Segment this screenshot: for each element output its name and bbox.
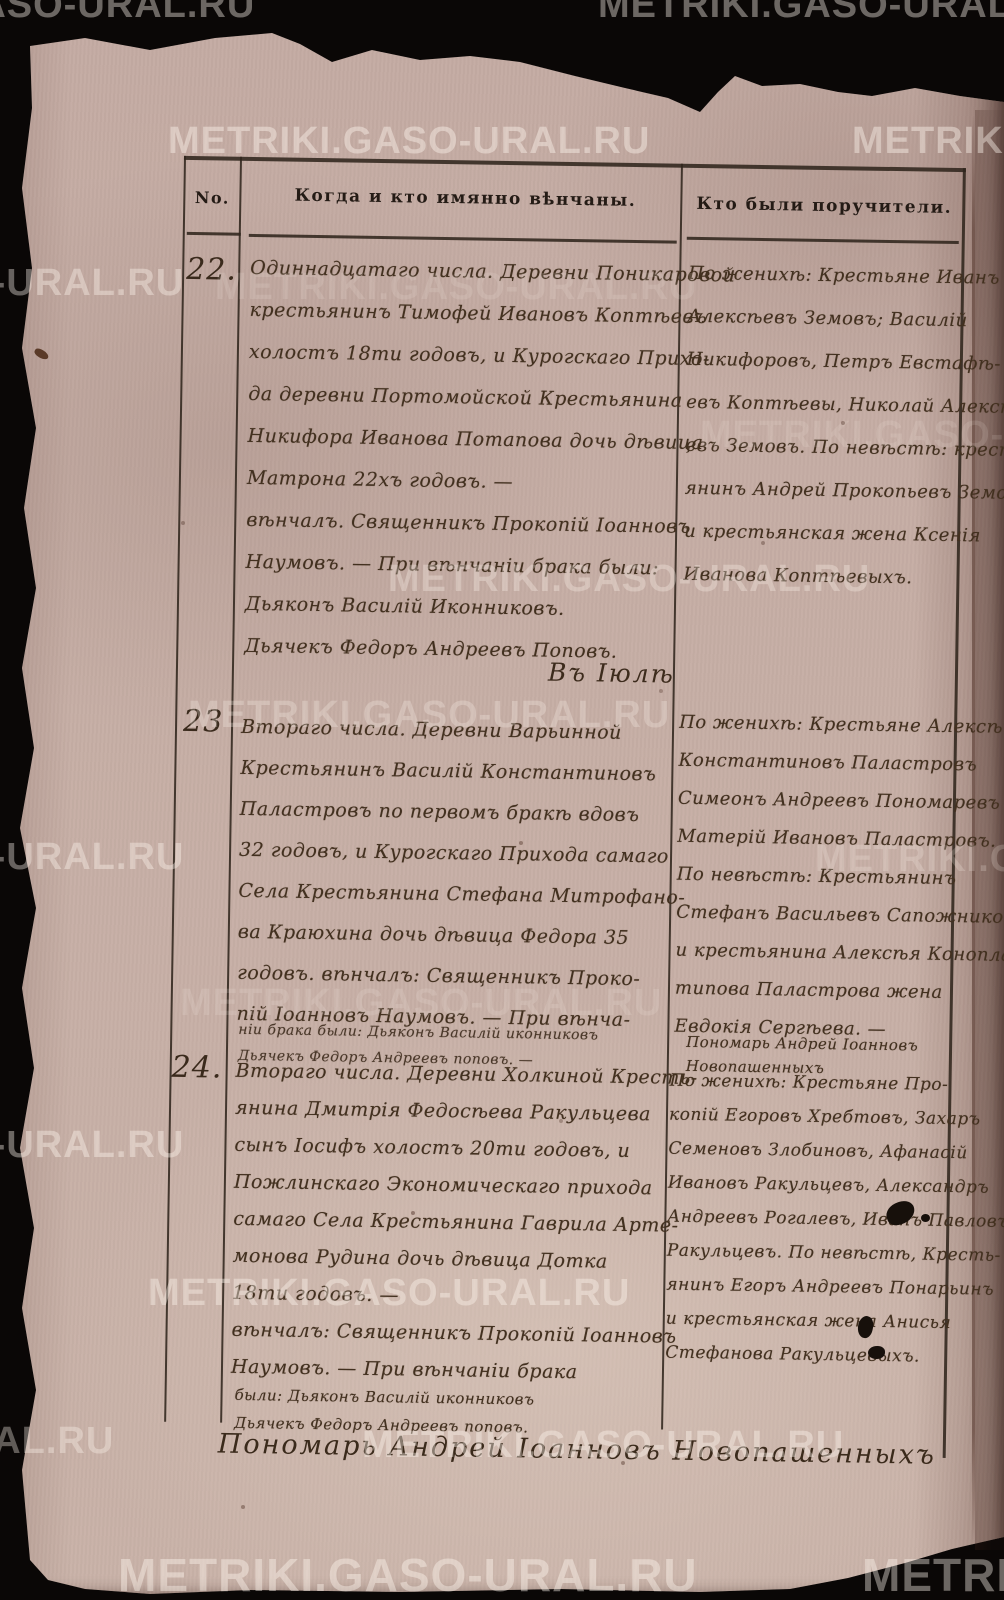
handwritten-line: Села Крестьянина Стефана Митрофано- xyxy=(238,871,685,919)
handwritten-line: По женихѣ: Крестьяне Про- xyxy=(669,1064,1004,1103)
handwritten-line: янинъ Андрей Прокопьевъ Земовъ, xyxy=(685,467,1004,516)
ponomar-signature-line: Пономарь Андрей Іоанновъ Новопашенныхъ xyxy=(218,1429,937,1471)
ink-blot xyxy=(868,1346,885,1359)
handwritten-line: Крестьянинъ Василій Константиновъ xyxy=(240,748,687,796)
register-table: No. Когда и кто имянно вѣнчаны. Кто были… xyxy=(0,0,1004,1600)
entry-23-guarantors-text: По женихѣ: Крестьяне АлексѣйКонстантинов… xyxy=(674,704,1004,1052)
handwritten-line: и крестьянская жена Анисья xyxy=(666,1302,1004,1341)
handwritten-line: Константиновъ Паластровъ xyxy=(678,742,1004,786)
handwritten-line: и крестьянина Алексѣя Коноплан- xyxy=(675,932,1004,976)
handwritten-line: Втораго числа. Деревни Варьинной xyxy=(241,707,688,755)
handwritten-line: Ракульцевъ. По невѣстѣ, Кресть- xyxy=(667,1234,1004,1273)
header-underline-when xyxy=(249,234,677,244)
header-guarantors: Кто были поручители. xyxy=(687,194,961,218)
handwritten-line: евъ Коптѣевы, Николай Алексѣ- xyxy=(686,381,1004,430)
handwritten-line: Семеновъ Злобиновъ, Афанасій xyxy=(668,1132,1004,1171)
month-heading: Въ Іюлѣ xyxy=(548,658,675,689)
handwritten-line: Иванова Коптѣевыхъ. xyxy=(683,553,1004,602)
handwritten-line: годовъ. вѣнчалъ: Священникъ Проко- xyxy=(237,953,684,1001)
handwritten-line: Паластровъ по первомъ бракѣ вдовъ xyxy=(239,789,686,837)
ink-blot xyxy=(921,1214,930,1222)
entry-22-when-text: Одиннадцатаго числа. Деревни Поникаровой… xyxy=(244,247,736,675)
handwritten-line: типова Паластрова жена xyxy=(675,970,1004,1014)
entry-23-when-text: Втораго числа. Деревни ВарьиннойКрестьян… xyxy=(236,707,688,1042)
table-border-left xyxy=(164,156,186,1422)
handwritten-line: По женихѣ: Крестьяне Алексѣй xyxy=(679,704,1004,748)
entry-24-guarantors-text: По женихѣ: Крестьяне Про-копій Егоровъ Х… xyxy=(665,1064,1004,1375)
handwritten-line: Симеонъ Андреевъ Пономаревъ xyxy=(678,780,1004,824)
handwritten-line: Матерій Ивановъ Паластровъ. xyxy=(677,818,1004,862)
handwritten-line: ва Краюхина дочь дѣвица Федора 35 xyxy=(238,912,685,960)
handwritten-line: евъ Земовъ. По невѣстѣ: кресть- xyxy=(685,424,1004,473)
entry-24-when-text: Втораго числа. Деревни Холкиной Кресть-я… xyxy=(231,1053,698,1393)
handwritten-line: Пономарь Андрей Іоанновъ xyxy=(686,1030,918,1058)
handwritten-line: копій Егоровъ Хребтовъ, Захаръ xyxy=(669,1098,1004,1137)
handwritten-line: Алексѣевъ Земовъ; Василій xyxy=(687,295,1004,344)
handwritten-line: янинъ Егоръ Андреевъ Понарьинъ xyxy=(666,1268,1004,1307)
entry-24-number: 24. xyxy=(171,1050,222,1086)
handwritten-line: По невѣстѣ: Крестьянинъ xyxy=(676,856,1004,900)
header-underline-guarantors xyxy=(687,237,959,244)
page: No. Когда и кто имянно вѣнчаны. Кто были… xyxy=(0,0,1004,1600)
header-when: Когда и кто имянно вѣнчаны. xyxy=(251,185,679,212)
handwritten-line: Ивановъ Ракульцевъ, Александръ xyxy=(668,1166,1004,1205)
entry-22-guarantors-text: По женихѣ: Крестьяне ИванъАлексѣевъ Земо… xyxy=(683,252,1004,601)
handwritten-line: Никифоровъ, Петръ Евстафѣ- xyxy=(687,338,1004,387)
entry-22-number: 22. xyxy=(186,252,237,288)
handwritten-line: и крестьянская жена Ксенія xyxy=(684,510,1004,559)
handwritten-line: По женихѣ: Крестьяне Иванъ xyxy=(688,252,1004,301)
handwritten-line: 32 годовъ, и Курогскаго Прихода самаго xyxy=(239,830,686,878)
header-underline-no xyxy=(187,232,241,236)
table-border-top xyxy=(184,156,966,172)
header-no: No. xyxy=(185,188,239,208)
handwritten-line: Стефанова Ракульцевыхъ. xyxy=(665,1336,1004,1375)
handwritten-line: Стефанъ Васильевъ Сапожниковъ xyxy=(676,894,1004,938)
handwritten-line: Андреевъ Рогалевъ, Иванъ Павловъ xyxy=(667,1200,1004,1239)
entry-23-number: 23 xyxy=(183,704,224,740)
